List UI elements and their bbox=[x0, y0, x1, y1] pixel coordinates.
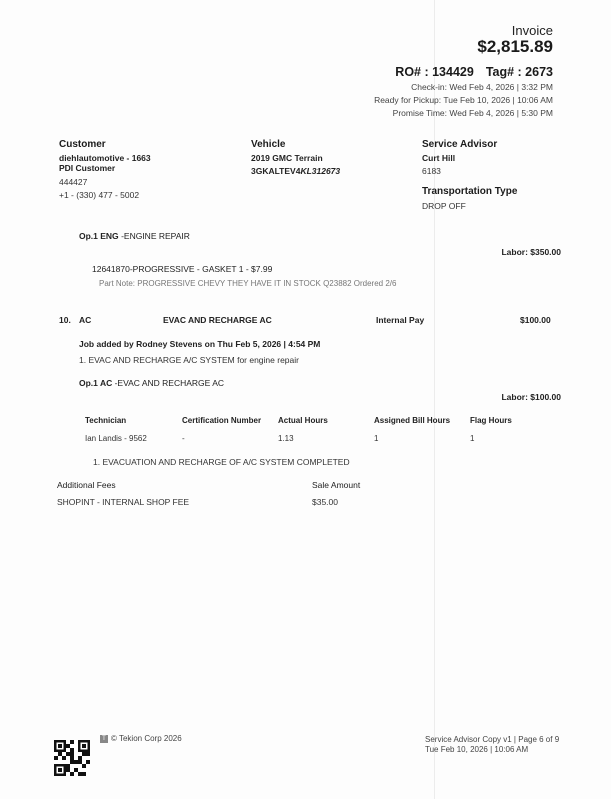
copy-info: Service Advisor Copy v1 | Page 6 of 9 bbox=[425, 735, 559, 744]
tech-header-bill-hours: Assigned Bill Hours bbox=[374, 416, 450, 425]
job-concern: 1. EVAC AND RECHARGE A/C SYSTEM for engi… bbox=[79, 355, 299, 365]
vehicle-vin: 3GKALTEV4KL312673 bbox=[251, 166, 340, 176]
vin-prefix: 3GKALTEV4 bbox=[251, 166, 300, 176]
tech-row-actual-hours: 1.13 bbox=[278, 434, 294, 443]
fees-header-amount: Sale Amount bbox=[312, 480, 360, 490]
vin-suffix: KL312673 bbox=[300, 166, 340, 176]
vehicle-description: 2019 GMC Terrain bbox=[251, 153, 323, 163]
ro-tag-line: RO# : 134429Tag# : 2673 bbox=[395, 65, 553, 79]
engine-part-note: Part Note: PROGRESSIVE CHEVY THEY HAVE I… bbox=[99, 279, 396, 288]
transportation-title: Transportation Type bbox=[422, 186, 517, 197]
job-amount: $100.00 bbox=[520, 315, 551, 325]
invoice-total: $2,815.89 bbox=[477, 37, 553, 57]
tech-header-actual-hours: Actual Hours bbox=[278, 416, 328, 425]
tech-header-flag-hours: Flag Hours bbox=[470, 416, 512, 425]
qr-code-icon bbox=[54, 740, 90, 776]
customer-name: diehlautomotive - 1663 bbox=[59, 153, 151, 163]
tech-row-technician: Ian Landis - 9562 bbox=[85, 434, 147, 443]
ac-op-desc: -EVAC AND RECHARGE AC bbox=[115, 378, 224, 388]
scan-artifact-line bbox=[434, 0, 435, 799]
tag-number: Tag# : 2673 bbox=[486, 65, 553, 79]
promise-time: Promise Time: Wed Feb 4, 2026 | 5:30 PM bbox=[393, 108, 553, 118]
tech-row-certification: - bbox=[182, 434, 185, 443]
tekion-logo-icon: T bbox=[100, 735, 108, 743]
job-correction: 1. EVACUATION AND RECHARGE OF A/C SYSTEM… bbox=[93, 457, 350, 467]
fee-row-name: SHOPINT - INTERNAL SHOP FEE bbox=[57, 497, 189, 507]
engine-op-desc: -ENGINE REPAIR bbox=[121, 231, 190, 241]
invoice-label: Invoice bbox=[512, 23, 553, 38]
job-added-by: Job added by Rodney Stevens on Thu Feb 5… bbox=[79, 339, 320, 349]
engine-labor: Labor: $350.00 bbox=[501, 247, 561, 257]
ac-op-line: Op.1 AC -EVAC AND RECHARGE AC bbox=[79, 378, 224, 388]
job-number: 10. bbox=[59, 315, 71, 325]
service-advisor-name: Curt Hill bbox=[422, 153, 455, 163]
job-title: EVAC AND RECHARGE AC bbox=[163, 315, 272, 325]
customer-title: Customer bbox=[59, 139, 106, 150]
tech-row-flag-hours: 1 bbox=[470, 434, 474, 443]
customer-number: 444427 bbox=[59, 177, 87, 187]
copyright: T© Tekion Corp 2026 bbox=[100, 734, 182, 743]
engine-part: 12641870-PROGRESSIVE - GASKET 1 - $7.99 bbox=[92, 264, 272, 274]
job-code: AC bbox=[79, 315, 91, 325]
ready-for-pickup-time: Ready for Pickup: Tue Feb 10, 2026 | 10:… bbox=[374, 95, 553, 105]
service-advisor-number: 6183 bbox=[422, 166, 441, 176]
job-pay-type: Internal Pay bbox=[376, 315, 424, 325]
tech-row-bill-hours: 1 bbox=[374, 434, 378, 443]
fees-header-name: Additional Fees bbox=[57, 480, 116, 490]
engine-op-line: Op.1 ENG -ENGINE REPAIR bbox=[79, 231, 190, 241]
printed-time: Tue Feb 10, 2026 | 10:06 AM bbox=[425, 745, 528, 754]
service-advisor-title: Service Advisor bbox=[422, 139, 497, 150]
ro-number: RO# : 134429 bbox=[395, 65, 474, 79]
ac-labor: Labor: $100.00 bbox=[501, 392, 561, 402]
tech-header-technician: Technician bbox=[85, 416, 126, 425]
copyright-text: © Tekion Corp 2026 bbox=[111, 734, 182, 743]
vehicle-title: Vehicle bbox=[251, 139, 285, 150]
fee-row-amount: $35.00 bbox=[312, 497, 338, 507]
tech-header-certification: Certification Number bbox=[182, 416, 261, 425]
ac-op-code: Op.1 AC bbox=[79, 378, 112, 388]
customer-phone: +1 - (330) 477 - 5002 bbox=[59, 190, 139, 200]
customer-type: PDI Customer bbox=[59, 163, 115, 173]
transportation-value: DROP OFF bbox=[422, 201, 466, 211]
check-in-time: Check-in: Wed Feb 4, 2026 | 3:32 PM bbox=[411, 82, 553, 92]
engine-op-code: Op.1 ENG bbox=[79, 231, 119, 241]
